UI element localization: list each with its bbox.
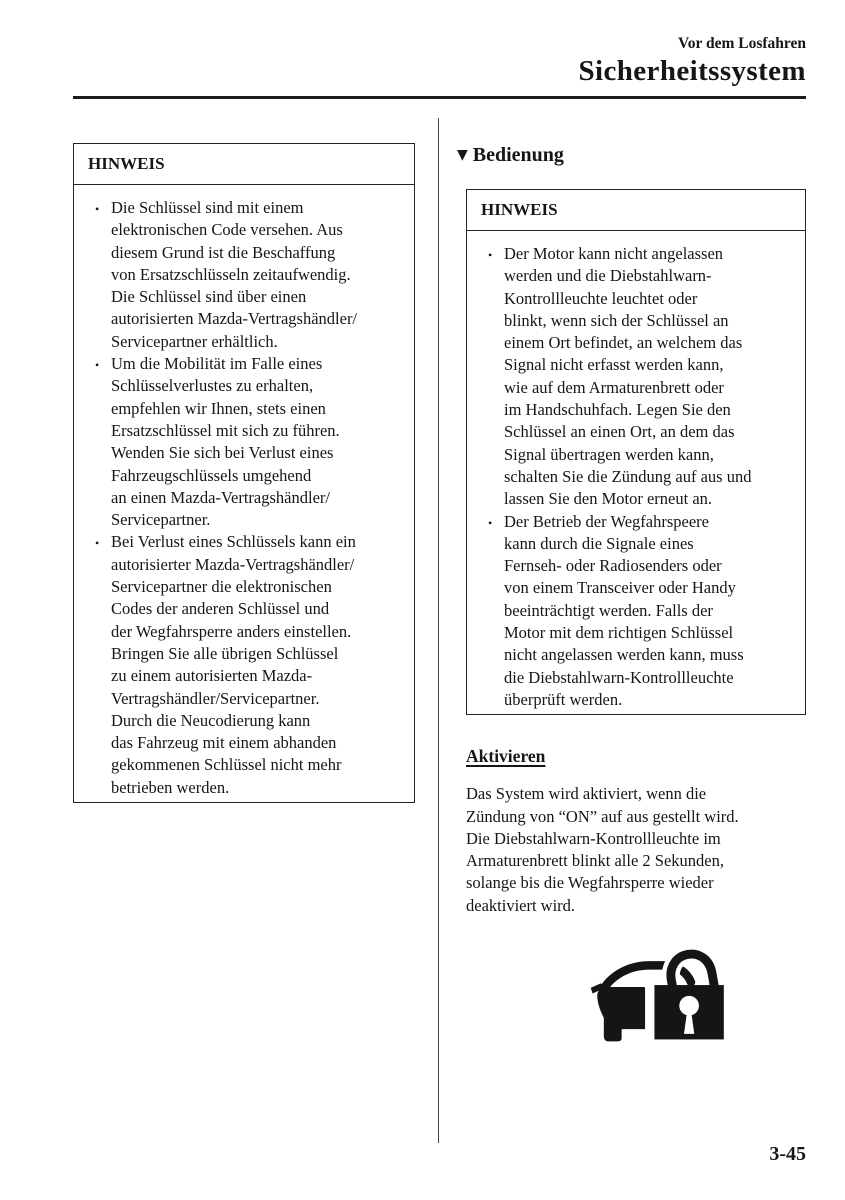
- content-columns: HINWEIS Die Schlüssel sind mit einem ele…: [73, 118, 806, 1143]
- page-number: 3-45: [769, 1143, 806, 1165]
- note-bullet: Bei Verlust eines Schlüssels kann ein au…: [111, 531, 410, 799]
- subsection-heading-aktivieren: Aktivieren: [466, 745, 806, 767]
- note-box-operation: HINWEIS Der Motor kann nicht angelassen …: [466, 189, 806, 715]
- note-box-label: HINWEIS: [74, 144, 414, 185]
- header-rule: [73, 96, 806, 99]
- manual-page: Vor dem Losfahren Sicherheitssystem HINW…: [0, 0, 845, 1200]
- immobilizer-figure: [491, 941, 831, 1046]
- note-bullet: Die Schlüssel sind mit einem elektronisc…: [111, 197, 410, 353]
- note-bullet-list: Die Schlüssel sind mit einem elektronisc…: [74, 185, 414, 802]
- car-immobilizer-lock-icon: [586, 941, 736, 1046]
- left-column: HINWEIS Die Schlüssel sind mit einem ele…: [73, 118, 415, 1143]
- page-title: Sicherheitssystem: [73, 55, 806, 87]
- triangle-marker-icon: ▼: [457, 148, 468, 162]
- note-bullet: Der Betrieb der Wegfahrspeere kann durch…: [504, 511, 801, 712]
- section-heading-bedienung: ▼ Bedienung: [457, 143, 806, 167]
- note-bullet: Der Motor kann nicht angelassen werden u…: [504, 243, 801, 511]
- right-column: ▼ Bedienung HINWEIS Der Motor kann nicht…: [466, 118, 806, 1143]
- section-heading-label: Bedienung: [473, 143, 564, 167]
- activation-paragraph: Das System wird aktiviert, wenn die Zünd…: [466, 783, 806, 917]
- chapter-kicker: Vor dem Losfahren: [73, 35, 806, 53]
- note-bullet-list: Der Motor kann nicht angelassen werden u…: [467, 231, 805, 714]
- note-bullet: Um die Mobilität im Falle eines Schlüsse…: [111, 353, 410, 531]
- column-divider: [438, 118, 439, 1143]
- page-footer: 3-45: [0, 1143, 845, 1165]
- note-box-label: HINWEIS: [467, 190, 805, 231]
- page-header: Vor dem Losfahren Sicherheitssystem: [0, 0, 845, 87]
- note-box-keys: HINWEIS Die Schlüssel sind mit einem ele…: [73, 143, 415, 803]
